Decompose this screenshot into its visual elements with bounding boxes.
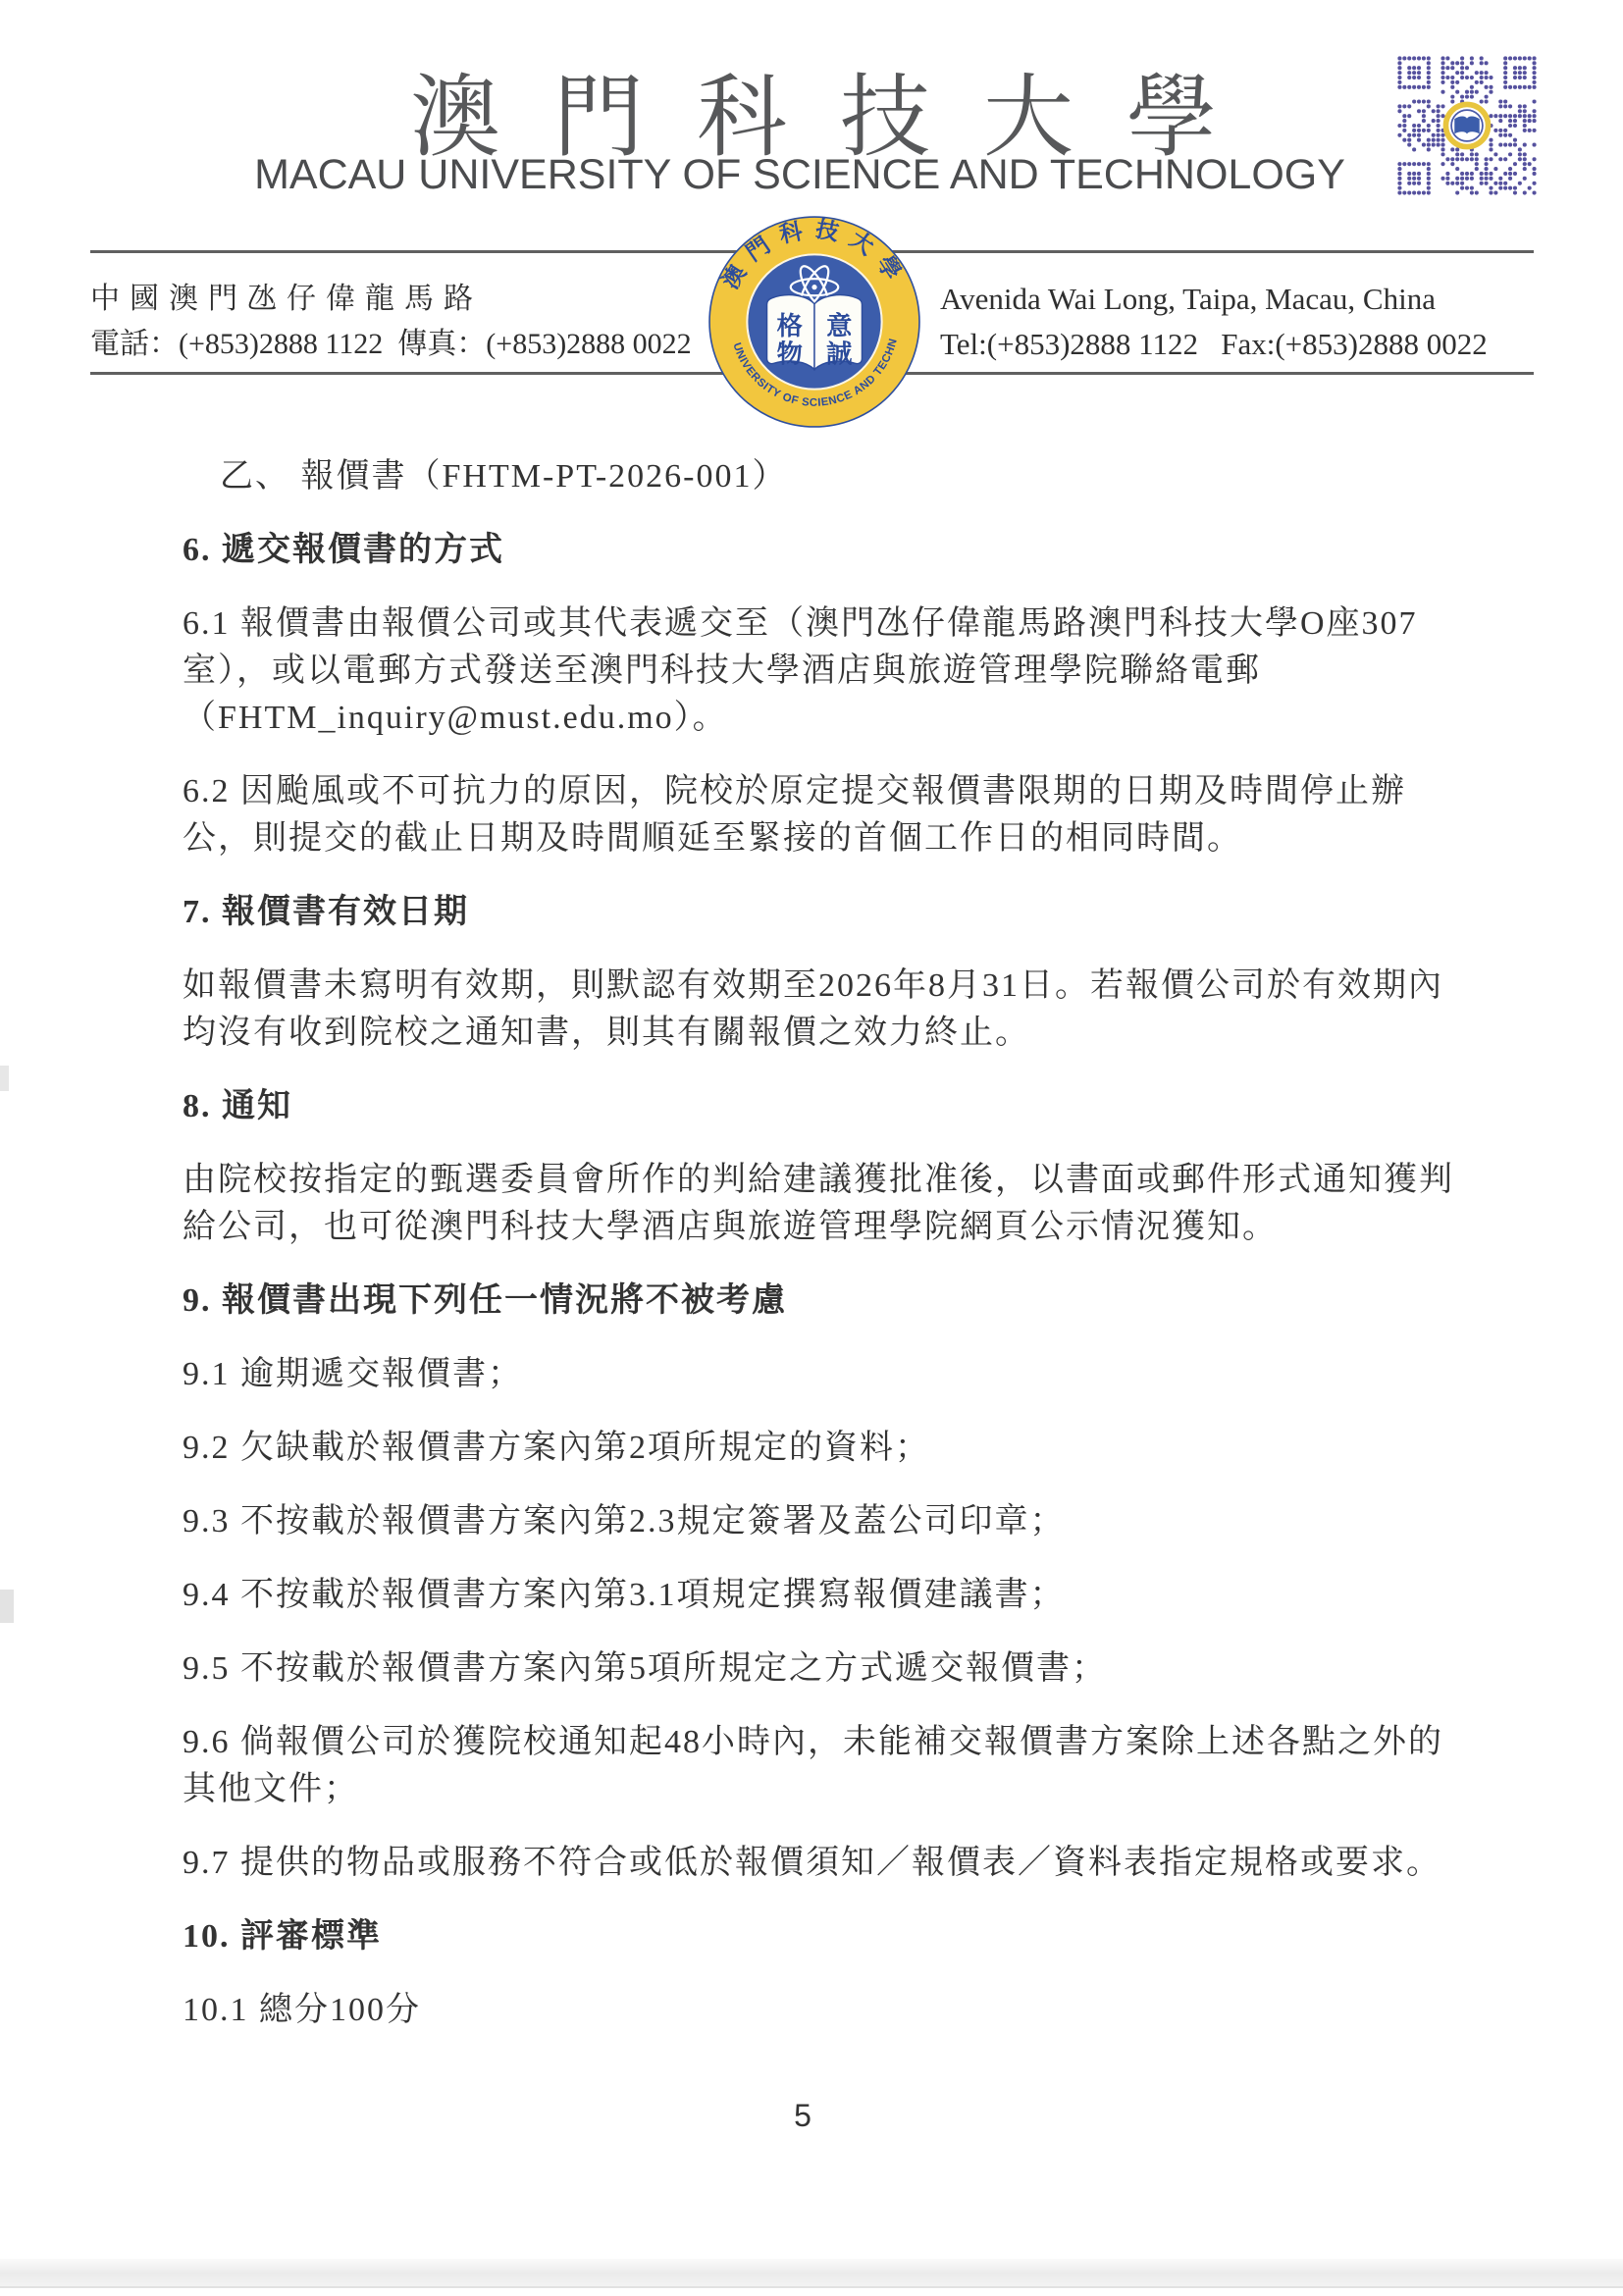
paragraph: 6.1 報價書由報價公司或其代表遞交至（澳門氹仔偉龍馬路澳門科技大學O座307 …: [183, 600, 1586, 742]
section-heading: 8. 通知: [183, 1083, 1586, 1130]
scan-edge-shadow: [0, 2259, 1623, 2288]
contact-block-english: Avenida Wai Long, Taipa, Macau, China Te…: [940, 277, 1488, 367]
qr-book-icon: [1454, 117, 1479, 134]
paragraph: 9.2 欠缺載於報價書方案內第2項所規定的資料；: [183, 1425, 1586, 1472]
contact-block-chinese: 中國澳門氹仔偉龍馬路 電話：(+853)2888 1122 傳真：(+853)2…: [90, 277, 692, 367]
phone-fax-english: Tel:(+853)2888 1122 Fax:(+853)2888 0022: [940, 322, 1488, 367]
paragraph: 由院校按指定的甄選委員會所作的判給建議獲批准後，以書面或郵件形式通知獲判 給公司…: [183, 1157, 1586, 1251]
section-heading: 6. 遞交報價書的方式: [183, 527, 1586, 574]
document-body: 乙、 報價書（FHTM-PT-2026-001） 6. 遞交報價書的方式6.1 …: [183, 453, 1586, 2061]
qr-code-icon: [1397, 53, 1537, 198]
paragraph: 6.2 因颱風或不可抗力的原因，院校於原定提交報價書限期的日期及時間停止辦 公，…: [183, 768, 1586, 862]
section-heading: 9. 報價書出現下列任一情況將不被考慮: [183, 1278, 1586, 1325]
page-number: 5: [0, 2098, 1605, 2134]
body-sections: 6. 遞交報價書的方式6.1 報價書由報價公司或其代表遞交至（澳門氹仔偉龍馬路澳…: [183, 527, 1586, 2034]
paragraph: 9.3 不按載於報價書方案內第2.3規定簽署及蓋公司印章；: [183, 1498, 1586, 1545]
address-english: Avenida Wai Long, Taipa, Macau, China: [940, 277, 1488, 322]
university-seal-icon: 澳門科技大學 MACAU UNIVERSITY OF SCIENCE AND T…: [707, 214, 922, 430]
scan-artifact: [0, 1066, 9, 1091]
document-page: 澳門科技大學 MACAU UNIVERSITY OF SCIENCE AND T…: [0, 0, 1623, 2296]
paragraph: 9.7 提供的物品或服務不符合或低於報價須知／報價表／資料表指定規格或要求。: [183, 1840, 1586, 1887]
paragraph: 9.5 不按載於報價書方案內第5項所規定之方式遞交報價書；: [183, 1645, 1586, 1693]
seal-char-wu: 物: [777, 339, 803, 368]
section-heading: 10. 評審標準: [183, 1913, 1586, 1960]
scan-artifact: [0, 1590, 14, 1623]
address-chinese: 中國澳門氹仔偉龍馬路: [90, 277, 692, 322]
seal-char-cheng: 誠: [826, 339, 853, 368]
paragraph: 9.6 倘報價公司於獲院校通知起48小時內，未能補交報價書方案除上述各點之外的 …: [183, 1719, 1586, 1813]
paragraph: 10.1 總分100分: [183, 1987, 1586, 2034]
paragraph: 如報價書未寫明有效期，則默認有效期至2026年8月31日。若報價公司於有效期內 …: [183, 963, 1586, 1057]
document-reference-line: 乙、 報價書（FHTM-PT-2026-001）: [220, 453, 1586, 500]
university-name-english: MACAU UNIVERSITY OF SCIENCE AND TECHNOLO…: [0, 151, 1599, 199]
phone-fax-chinese: 電話：(+853)2888 1122 傳真：(+853)2888 0022: [90, 322, 692, 367]
seal-char-ge: 格: [777, 312, 803, 340]
section-heading: 7. 報價書有效日期: [183, 889, 1586, 936]
paragraph: 9.1 逾期遞交報價書；: [183, 1351, 1586, 1398]
paragraph: 9.4 不按載於報價書方案內第3.1項規定撰寫報價建議書；: [183, 1572, 1586, 1619]
seal-char-yi: 意: [826, 311, 853, 340]
